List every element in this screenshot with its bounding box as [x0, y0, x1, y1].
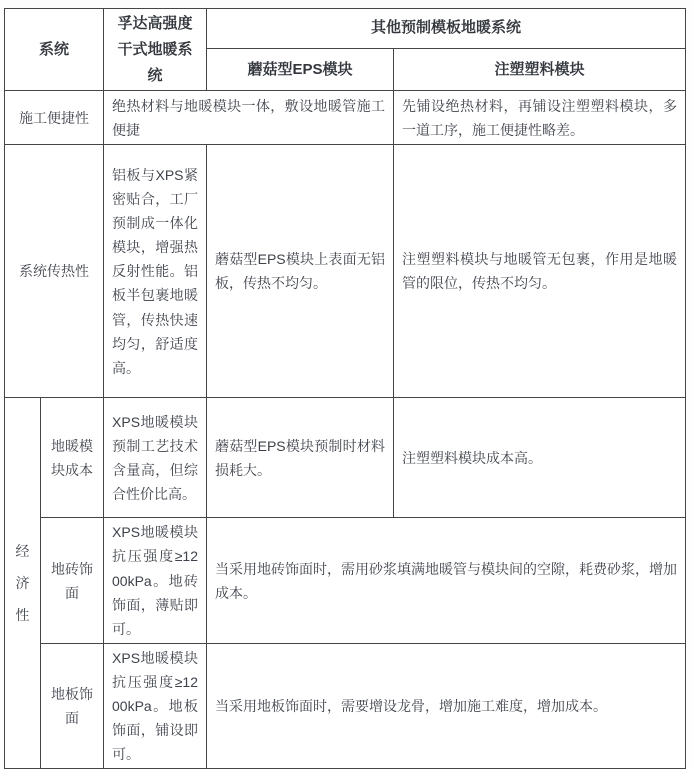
header-cell-system: 系统	[5, 9, 104, 91]
row-label-tile-finish: 地砖饰面	[41, 518, 104, 643]
row-label-module-cost: 地暖模块成本	[41, 398, 104, 518]
row-floor-finish: 地板饰面 XPS地暖模块抗压强度≥1200kPa。地板饰面，铺设即可。 当采用地…	[5, 643, 686, 768]
cell-floor-finish-fuda: XPS地暖模块抗压强度≥1200kPa。地板饰面，铺设即可。	[104, 643, 207, 768]
cell-heat-transfer-eps: 蘑菇型EPS模块上表面无铝板，传热不均匀。	[207, 145, 394, 398]
cell-tile-finish-others: 当采用地砖饰面时，需用砂浆填满地暖管与模块间的空隙，耗费砂浆，增加成本。	[207, 518, 686, 643]
row-module-cost: 经济性 地暖模块成本 XPS地暖模块预制工艺技术含量高，但综合性价比高。 蘑菇型…	[5, 398, 686, 518]
row-tile-finish: 地砖饰面 XPS地暖模块抗压强度≥1200kPa。地砖饰面，薄贴即可。 当采用地…	[5, 518, 686, 643]
header-cell-eps-module: 蘑菇型EPS模块	[207, 48, 394, 91]
cell-module-cost-eps: 蘑菇型EPS模块预制时材料损耗大。	[207, 398, 394, 518]
row-construction-convenience: 施工便捷性 绝热材料与地暖模块一体，敷设地暖管施工便捷 先铺设绝热材料，再铺设注…	[5, 91, 686, 145]
header-cell-injection-module: 注塑塑料模块	[394, 48, 686, 91]
row-label-construction: 施工便捷性	[5, 91, 104, 145]
cell-module-cost-injection: 注塑塑料模块成本高。	[394, 398, 686, 518]
economy-vertical-label: 经济性	[16, 535, 30, 632]
cell-module-cost-fuda: XPS地暖模块预制工艺技术含量高，但综合性价比高。	[104, 398, 207, 518]
row-label-floor-finish: 地板饰面	[41, 643, 104, 768]
row-label-heat-transfer: 系统传热性	[5, 145, 104, 398]
cell-construction-injection: 先铺设绝热材料，再铺设注塑塑料模块，多一道工序，施工便捷性略差。	[394, 91, 686, 145]
header-cell-other-systems: 其他预制模板地暖系统	[207, 9, 686, 49]
cell-construction-fuda-eps: 绝热材料与地暖模块一体，敷设地暖管施工便捷	[104, 91, 394, 145]
cell-heat-transfer-injection: 注塑塑料模块与地暖管无包裹，作用是地暖管的限位，传热不均匀。	[394, 145, 686, 398]
page: 系统 孚达高强度干式地暖系统 其他预制模板地暖系统 蘑菇型EPS模块 注塑塑料模…	[0, 0, 692, 769]
row-heat-transfer: 系统传热性 铝板与XPS紧密贴合，工厂预制成一体化模块，增强热反射性能。铝板半包…	[5, 145, 686, 398]
cell-heat-transfer-fuda: 铝板与XPS紧密贴合，工厂预制成一体化模块，增强热反射性能。铝板半包裹地暖管，传…	[104, 145, 207, 398]
cell-tile-finish-fuda: XPS地暖模块抗压强度≥1200kPa。地砖饰面，薄贴即可。	[104, 518, 207, 643]
header-row-1: 系统 孚达高强度干式地暖系统 其他预制模板地暖系统	[5, 9, 686, 49]
cell-floor-finish-others: 当采用地板饰面时，需要增设龙骨，增加施工难度，增加成本。	[207, 643, 686, 768]
row-group-label-economy: 经济性	[5, 398, 41, 769]
comparison-table: 系统 孚达高强度干式地暖系统 其他预制模板地暖系统 蘑菇型EPS模块 注塑塑料模…	[4, 8, 686, 769]
header-cell-fuda-system: 孚达高强度干式地暖系统	[104, 9, 207, 91]
